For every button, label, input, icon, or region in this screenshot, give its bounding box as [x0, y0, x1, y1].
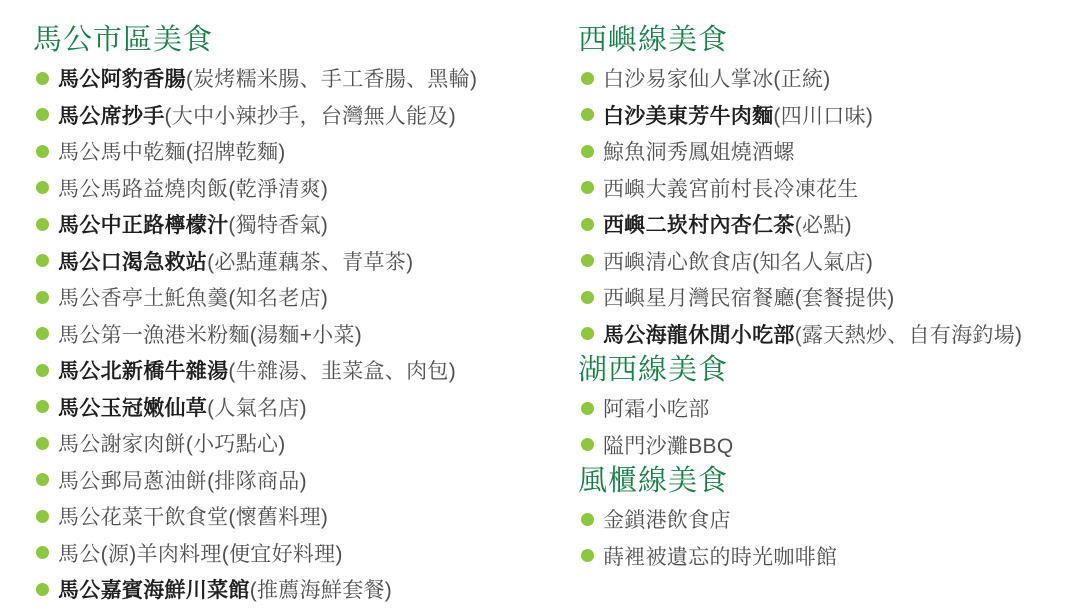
item-name: 馬公馬路益燒肉飯 [58, 173, 228, 203]
bullet-icon [581, 181, 594, 194]
column-left: 馬公市區美食馬公阿豹香腸(炭烤糯米腸、手工香腸、黑輪)馬公席抄手(大中小辣抄手，… [33, 22, 545, 612]
list-item: 馬公郵局蔥油餅(排隊商品) [36, 462, 545, 499]
item-name: 隘門沙灘BBQ [603, 430, 733, 460]
item-name: 馬公嘉賓海鮮川菜館 [58, 574, 250, 604]
page: 馬公市區美食馬公阿豹香腸(炭烤糯米腸、手工香腸、黑輪)馬公席抄手(大中小辣抄手，… [0, 0, 1068, 612]
item-name: 蒔裡被遺忘的時光咖啡館 [603, 541, 837, 571]
list-item: 馬公阿豹香腸(炭烤糯米腸、手工香腸、黑輪) [36, 60, 545, 97]
item-name: 馬公北新橋牛雜湯 [58, 355, 228, 385]
item-note: (必點蓮藕茶、青草茶) [207, 246, 413, 276]
list-item: 馬公第一漁港米粉麵(湯麵+小菜) [36, 316, 545, 353]
item-name: 馬公阿豹香腸 [58, 63, 186, 93]
list-item: 馬公北新橋牛雜湯(牛雜湯、韭菜盒、肉包) [36, 352, 545, 389]
item-note: (便宜好料理) [222, 538, 343, 568]
list-item: 馬公席抄手(大中小辣抄手，台灣無人能及) [36, 97, 545, 134]
item-note: (湯麵+小菜) [250, 319, 362, 349]
item-name: 馬公第一漁港米粉麵 [58, 319, 250, 349]
bullet-icon [36, 583, 49, 596]
item-name: 馬公席抄手 [58, 100, 165, 130]
bullet-icon [36, 437, 49, 450]
bullet-icon [36, 364, 49, 377]
item-note: (露天熱炒、自有海釣場) [795, 319, 1023, 349]
bullet-icon [581, 72, 594, 85]
item-name: 白沙易家仙人掌冰 [603, 63, 773, 93]
item-note: (炭烤糯米腸、手工香腸、黑輪) [186, 63, 478, 93]
item-name: 馬公玉冠嫩仙草 [58, 392, 207, 422]
item-note: (乾淨清爽) [228, 173, 328, 203]
bullet-icon [36, 400, 49, 413]
bullet-icon [581, 438, 594, 451]
list-item: 馬公嘉賓海鮮川菜館(推薦海鮮套餐) [36, 571, 545, 608]
list-item: 金鎖港飲食店 [581, 501, 1068, 538]
bullet-icon [36, 546, 49, 559]
item-name: 馬公香亭土魠魚羹 [58, 282, 228, 312]
food-list: 馬公阿豹香腸(炭烤糯米腸、手工香腸、黑輪)馬公席抄手(大中小辣抄手，台灣無人能及… [33, 60, 545, 608]
list-item: 蒔裡被遺忘的時光咖啡館 [581, 538, 1068, 575]
item-name: 馬公海龍休閒小吃部 [603, 319, 795, 349]
list-item: 西嶼二崁村內杏仁茶(必點) [581, 206, 1068, 243]
item-name: 阿霜小吃部 [603, 393, 710, 423]
item-note: (正統) [773, 63, 830, 93]
list-item: 白沙易家仙人掌冰(正統) [581, 60, 1068, 97]
item-name: 西嶼二崁村內杏仁茶 [603, 209, 795, 239]
bullet-icon [36, 145, 49, 158]
list-item: 馬公中正路檸檬汁(獨特香氣) [36, 206, 545, 243]
column-right: 西嶼線美食白沙易家仙人掌冰(正統)白沙美東芳牛肉麵(四川口味)鯨魚洞秀鳳姐燒酒螺… [578, 22, 1068, 612]
bullet-icon [581, 549, 594, 562]
bullet-icon [36, 72, 49, 85]
bullet-icon [36, 108, 49, 121]
item-note: (牛雜湯、韭菜盒、肉包) [228, 355, 456, 385]
list-item: 阿霜小吃部 [581, 390, 1068, 427]
item-note: (懷舊料理) [228, 501, 328, 531]
bullet-icon [581, 513, 594, 526]
bullet-icon [581, 327, 594, 340]
item-note: (知名人氣店) [752, 246, 873, 276]
list-item: 馬公謝家肉餅(小巧點心) [36, 425, 545, 462]
list-item: 西嶼清心飲食店(知名人氣店) [581, 243, 1068, 280]
item-name: 西嶼大義宮前村長冷凍花生 [603, 173, 859, 203]
item-note: (推薦海鮮套餐) [250, 574, 392, 604]
list-item: 隘門沙灘BBQ [581, 427, 1068, 464]
item-note: (大中小辣抄手，台灣無人能及) [165, 100, 457, 130]
item-name: 馬公花菜干飲食堂 [58, 501, 228, 531]
bullet-icon [36, 473, 49, 486]
item-note: (知名老店) [228, 282, 328, 312]
item-note: (套餐提供) [795, 282, 895, 312]
list-item: 馬公馬路益燒肉飯(乾淨清爽) [36, 170, 545, 207]
food-list: 金鎖港飲食店蒔裡被遺忘的時光咖啡館 [578, 501, 1068, 574]
item-note: (人氣名店) [207, 392, 307, 422]
item-note: (小巧點心) [186, 428, 286, 458]
bullet-icon [36, 510, 49, 523]
bullet-icon [581, 254, 594, 267]
item-name: 馬公郵局蔥油餅 [58, 465, 207, 495]
item-note: (必點) [795, 209, 852, 239]
list-item: 馬公香亭土魠魚羹(知名老店) [36, 279, 545, 316]
item-note: (排隊商品) [207, 465, 307, 495]
list-item: 鯨魚洞秀鳳姐燒酒螺 [581, 133, 1068, 170]
food-list: 阿霜小吃部隘門沙灘BBQ [578, 390, 1068, 463]
bullet-icon [581, 145, 594, 158]
item-note: (獨特香氣) [228, 209, 328, 239]
item-name: 白沙美東芳牛肉麵 [603, 100, 773, 130]
list-item: 馬公口渴急救站(必點蓮藕茶、青草茶) [36, 243, 545, 280]
item-name: 金鎖港飲食店 [603, 504, 731, 534]
bullet-icon [581, 291, 594, 304]
item-name: 馬公謝家肉餅 [58, 428, 186, 458]
section-title-right-0: 西嶼線美食 [578, 22, 1068, 59]
list-item: 馬公馬中乾麵(招牌乾麵) [36, 133, 545, 170]
list-item: 馬公玉冠嫩仙草(人氣名店) [36, 389, 545, 426]
item-name: 馬公中正路檸檬汁 [58, 209, 228, 239]
item-name: 鯨魚洞秀鳳姐燒酒螺 [603, 136, 795, 166]
bullet-icon [581, 108, 594, 121]
bullet-icon [36, 218, 49, 231]
item-name: 馬公馬中乾麵 [58, 136, 186, 166]
list-item: 西嶼大義宮前村長冷凍花生 [581, 170, 1068, 207]
food-list: 白沙易家仙人掌冰(正統)白沙美東芳牛肉麵(四川口味)鯨魚洞秀鳳姐燒酒螺西嶼大義宮… [578, 60, 1068, 352]
list-item: 西嶼星月灣民宿餐廳(套餐提供) [581, 279, 1068, 316]
item-name: 西嶼星月灣民宿餐廳 [603, 282, 795, 312]
item-name: 西嶼清心飲食店 [603, 246, 752, 276]
bullet-icon [36, 254, 49, 267]
list-item: 馬公(源)羊肉料理(便宜好料理) [36, 535, 545, 572]
bullet-icon [36, 327, 49, 340]
item-name: 馬公(源)羊肉料理 [58, 538, 222, 568]
item-name: 馬公口渴急救站 [58, 246, 207, 276]
item-note: (招牌乾麵) [186, 136, 286, 166]
list-item: 馬公花菜干飲食堂(懷舊料理) [36, 498, 545, 535]
section-title-right-2: 風櫃線美食 [578, 463, 1068, 500]
bullet-icon [36, 181, 49, 194]
section-title-left-0: 馬公市區美食 [33, 22, 545, 59]
list-item: 馬公海龍休閒小吃部(露天熱炒、自有海釣場) [581, 316, 1068, 353]
bullet-icon [36, 291, 49, 304]
section-title-right-1: 湖西線美食 [578, 352, 1068, 389]
item-note: (四川口味) [773, 100, 873, 130]
bullet-icon [581, 218, 594, 231]
list-item: 白沙美東芳牛肉麵(四川口味) [581, 97, 1068, 134]
bullet-icon [581, 402, 594, 415]
